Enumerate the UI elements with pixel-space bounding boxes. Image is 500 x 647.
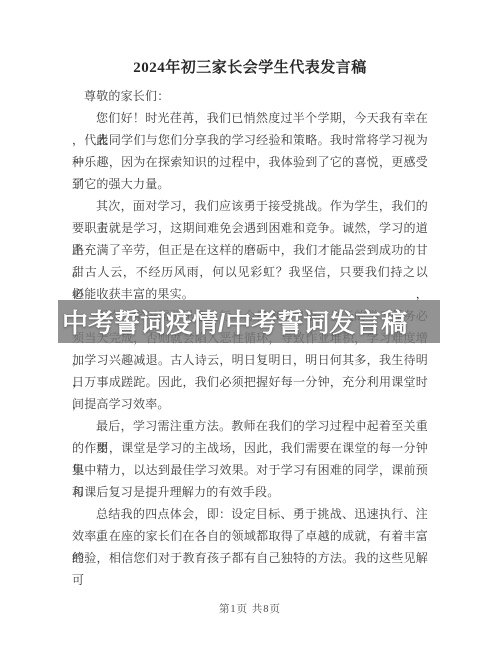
watermark-text: 中考誓词疫情/中考誓词发言稿 (58, 303, 407, 340)
text-line: 尊敬的家长们： (72, 85, 428, 107)
text-line: 种乐趣，因为在探索知识的过程中，我体验到了它的喜悦，更感受到 (72, 151, 428, 173)
text-line: 最后，学习需注重方法。教师在我们的学习过程中起着至关重要 (72, 415, 428, 437)
text-line: 您们好！时光荏苒，我们已悄然度过半个学期，今天我有幸在此 (72, 107, 428, 129)
document-page: 2024年初三家长会学生代表发言稿 尊敬的家长们：您们好！时光荏苒，我们已悄然度… (0, 0, 500, 647)
text-line: 经验，相信您们对于教育孩子都有自己独特的方法。我的这些见解可 (72, 547, 428, 569)
page-number: 第1页 共8页 (0, 601, 500, 616)
text-line: 的作用，课堂是学习的主战场，因此，我们需要在课堂的每一分钟里 (72, 437, 428, 459)
text-line: 要职责就是学习，这期间难免会遇到困难和竞争。诚然，学习的道路 (72, 217, 428, 239)
text-line: 。古人云，不经历风雨，何以见彩虹？我坚信，只要我们持之以恒， (72, 261, 428, 283)
watermark-overlay: 中考誓词疫情/中考誓词发言稿 (58, 300, 440, 343)
text-line: ，学习兴趣减退。古人诗云，明日复明日，明日何其多，我生待明日 (72, 349, 428, 371)
text-line: 总结我的四点体会，即：设定目标、勇于挑战、迅速执行、注重 (72, 503, 428, 525)
text-line: 上充满了辛劳，但正是在这样的磨砺中，我们才能品尝到成功的甘甜 (72, 239, 428, 261)
text-line: ，万事成蹉跎。因此，我们必须把握好每一分钟，充分利用课堂时间 (72, 371, 428, 393)
text-line: ，提高学习效率。 (72, 393, 428, 415)
text-line: 效率。在座的家长们在各自的领域都取得了卓越的成就，有着丰富的 (72, 525, 428, 547)
text-line: 其次，面对学习，我们应该勇于接受挑战。作为学生，我们的主 (72, 195, 428, 217)
text-line: 了它的强大力量。 (72, 173, 428, 195)
page-title: 2024年初三家长会学生代表发言稿 (0, 57, 500, 79)
text-line: 和课后复习是提升理解力的有效手段。 (72, 481, 428, 503)
text-line: 集中精力，以达到最佳学习效果。对于学习有困难的同学，课前预习 (72, 459, 428, 481)
text-line: ，代表同学们与您们分享我的学习经验和策略。我时常将学习视为一 (72, 129, 428, 151)
